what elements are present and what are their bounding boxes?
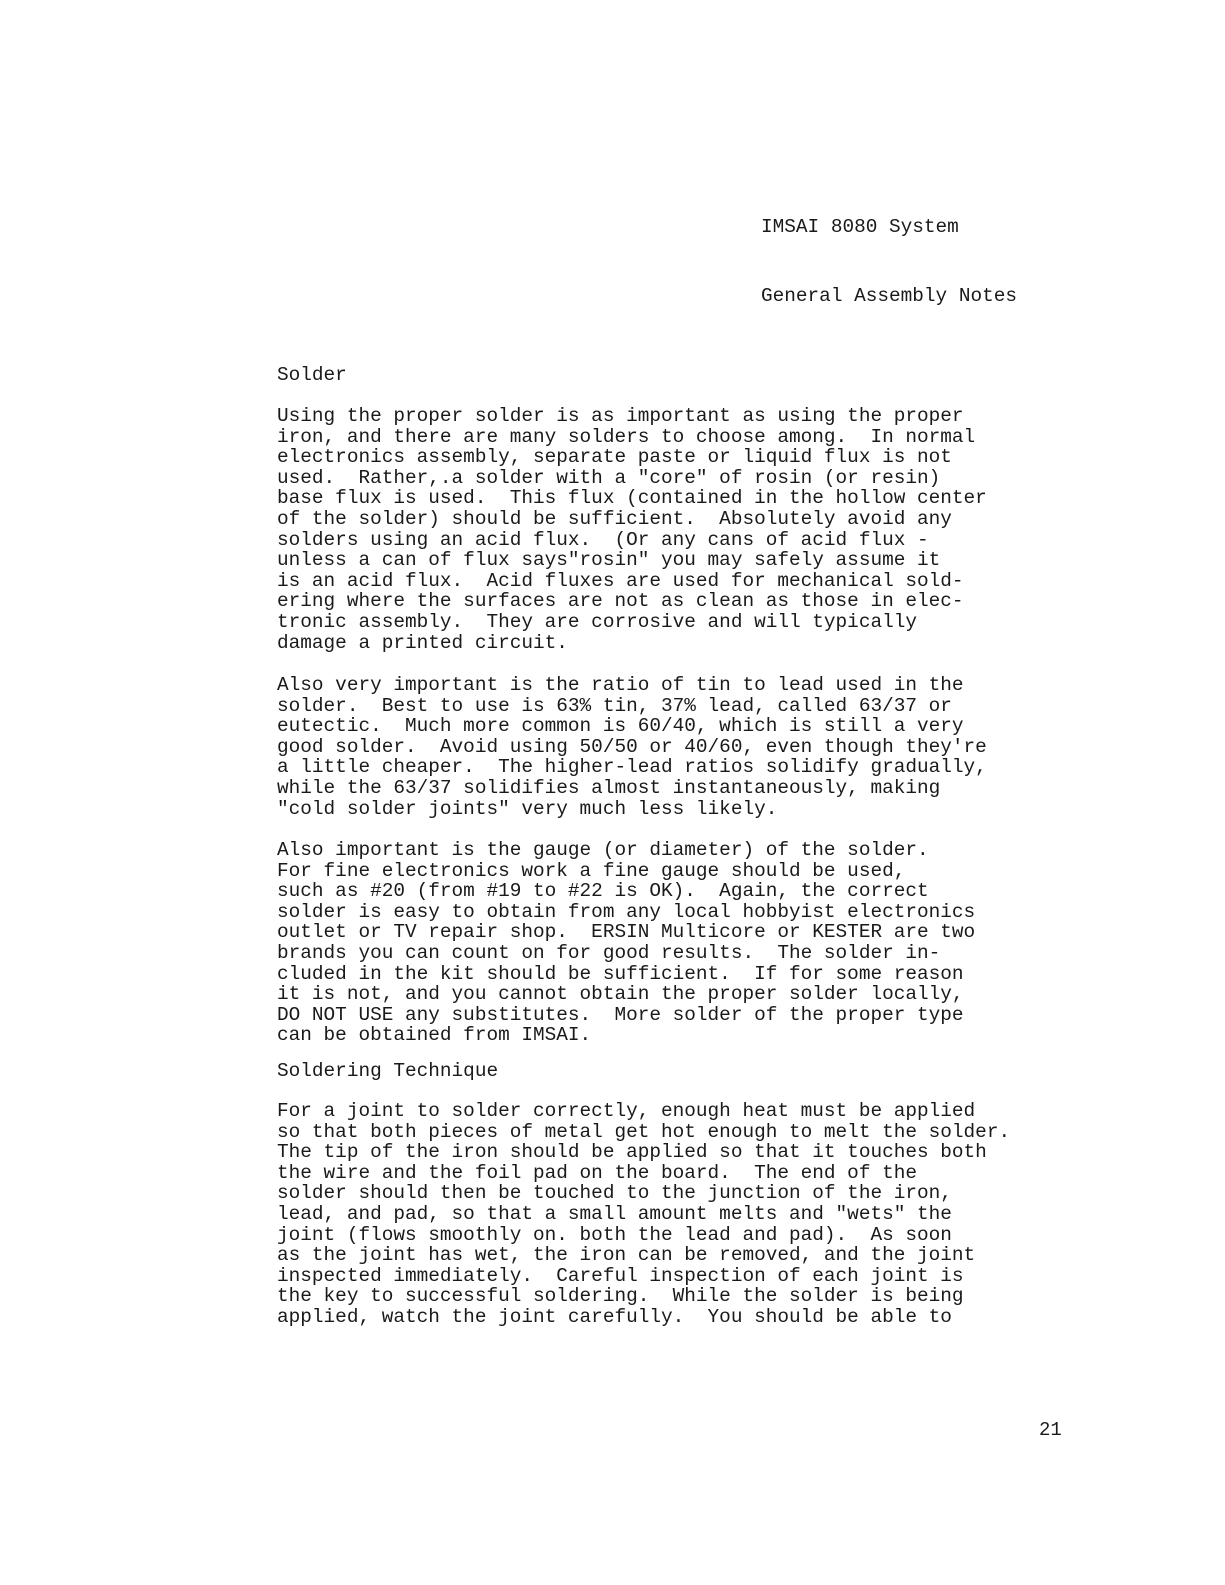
paragraph-soldering-technique: For a joint to solder correctly, enough … — [277, 1101, 1010, 1328]
text-line: inspected immediately. Careful inspectio… — [277, 1266, 1010, 1287]
text-line: The tip of the iron should be applied so… — [277, 1142, 1010, 1163]
text-line: Using the proper solder is as important … — [277, 406, 987, 427]
text-line: damage a printed circuit. — [277, 633, 987, 654]
text-line: Also very important is the ratio of tin … — [277, 675, 987, 696]
text-line: of the solder) should be sufficient. Abs… — [277, 509, 987, 530]
text-line: Also important is the gauge (or diameter… — [277, 840, 975, 861]
text-line: solders using an acid flux. (Or any cans… — [277, 530, 987, 551]
text-line: joint (flows smoothly on. both the lead … — [277, 1225, 1010, 1246]
text-line: the key to successful soldering. While t… — [277, 1286, 1010, 1307]
text-line: For a joint to solder correctly, enough … — [277, 1101, 1010, 1122]
text-line: electronics assembly, separate paste or … — [277, 447, 987, 468]
text-line: ering where the surfaces are not as clea… — [277, 591, 987, 612]
document-page: IMSAI 8080 System General Assembly Notes… — [0, 0, 1225, 1585]
text-line: applied, watch the joint carefully. You … — [277, 1307, 1010, 1328]
text-line: solder is easy to obtain from any local … — [277, 902, 975, 923]
page-number: 21 — [1039, 1420, 1062, 1440]
document-header: IMSAI 8080 System General Assembly Notes — [761, 170, 1017, 354]
header-title: IMSAI 8080 System — [761, 216, 1017, 239]
text-line: is an acid flux. Acid fluxes are used fo… — [277, 571, 987, 592]
paragraph-tin-lead-ratio: Also very important is the ratio of tin … — [277, 675, 987, 819]
text-line: can be obtained from IMSAI. — [277, 1025, 975, 1046]
text-line: solder should then be touched to the jun… — [277, 1183, 1010, 1204]
paragraph-solder-gauge: Also important is the gauge (or diameter… — [277, 840, 975, 1046]
text-line: lead, and pad, so that a small amount me… — [277, 1204, 1010, 1225]
text-line: DO NOT USE any substitutes. More solder … — [277, 1005, 975, 1026]
text-line: a little cheaper. The higher-lead ratios… — [277, 757, 987, 778]
section-heading-soldering-technique: Soldering Technique — [277, 1061, 498, 1082]
header-subtitle: General Assembly Notes — [761, 285, 1017, 308]
paragraph-solder-intro: Using the proper solder is as important … — [277, 406, 987, 653]
text-line: tronic assembly. They are corrosive and … — [277, 612, 987, 633]
text-line: brands you can count on for good results… — [277, 943, 975, 964]
text-line: For fine electronics work a fine gauge s… — [277, 861, 975, 882]
text-line: eutectic. Much more common is 60/40, whi… — [277, 716, 987, 737]
text-line: outlet or TV repair shop. ERSIN Multicor… — [277, 922, 975, 943]
text-line: the wire and the foil pad on the board. … — [277, 1163, 1010, 1184]
section-heading-solder: Solder — [277, 365, 347, 386]
text-line: good solder. Avoid using 50/50 or 40/60,… — [277, 737, 987, 758]
text-line: iron, and there are many solders to choo… — [277, 427, 987, 448]
text-line: as the joint has wet, the iron can be re… — [277, 1245, 1010, 1266]
text-line: so that both pieces of metal get hot eno… — [277, 1122, 1010, 1143]
text-line: "cold solder joints" very much less like… — [277, 799, 987, 820]
text-line: solder. Best to use is 63% tin, 37% lead… — [277, 696, 987, 717]
text-line: unless a can of flux says"rosin" you may… — [277, 550, 987, 571]
text-line: used. Rather,.a solder with a "core" of … — [277, 468, 987, 489]
text-line: base flux is used. This flux (contained … — [277, 488, 987, 509]
text-line: it is not, and you cannot obtain the pro… — [277, 984, 975, 1005]
text-line: such as #20 (from #19 to #22 is OK). Aga… — [277, 881, 975, 902]
text-line: cluded in the kit should be sufficient. … — [277, 964, 975, 985]
text-line: while the 63/37 solidifies almost instan… — [277, 778, 987, 799]
